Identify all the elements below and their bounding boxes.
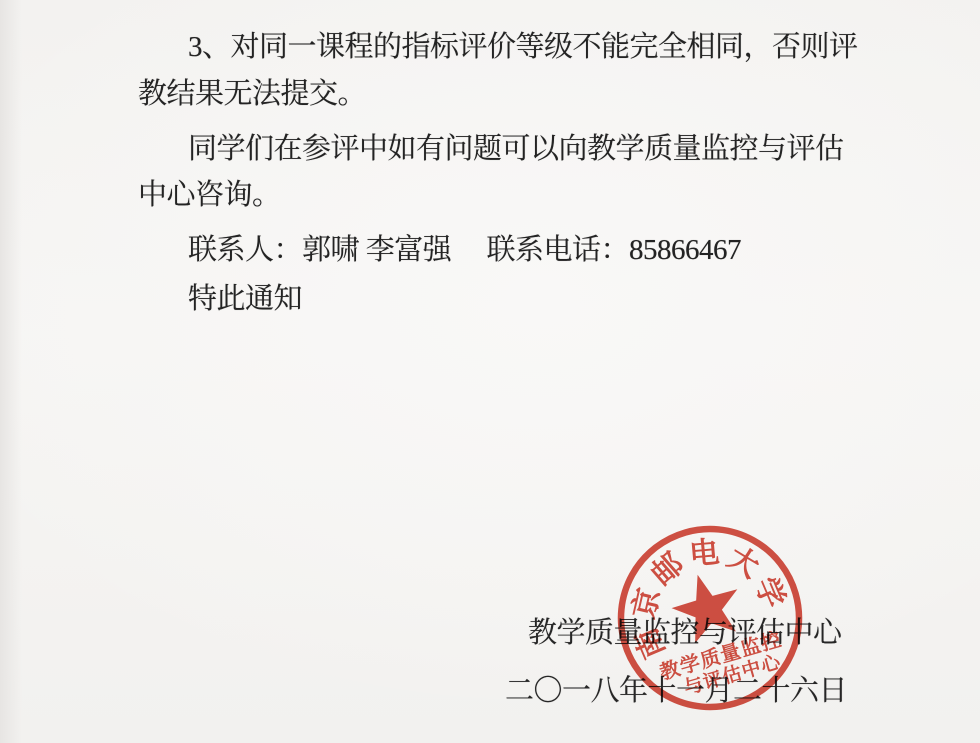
seal-arc-char: 京 xyxy=(627,585,667,622)
notice-line-help-end: 中心咨询。 xyxy=(138,181,281,210)
official-seal-graphic: 南 京 邮 电 大 学 教学质量监控 与评估中心 xyxy=(610,518,810,718)
seal-arc-char: 学 xyxy=(748,573,790,614)
seal-arc-char: 电 xyxy=(688,536,721,571)
notice-line-item3-start: 3、对同一课程的指标评价等级不能完全相同，否则评 xyxy=(188,33,858,62)
notice-document: 3、对同一课程的指标评价等级不能完全相同，否则评 教结果无法提交。 同学们在参评… xyxy=(0,0,980,743)
seal-arc-char: 南 xyxy=(630,623,672,664)
closing-line: 特此通知 xyxy=(188,285,302,314)
official-seal: 南 京 邮 电 大 学 教学质量监控 与评估中心 xyxy=(610,518,810,718)
scanned-notice-page: { "notice": { "para3_line1": "3、对同一课程的指标… xyxy=(0,0,980,743)
notice-line-item3-end: 教结果无法提交。 xyxy=(138,80,366,109)
seal-arc-char: 大 xyxy=(722,541,765,585)
contact-line: 联系人：郭啸 李富强 联系电话：85866467 xyxy=(188,236,741,265)
notice-line-help-start: 同学们在参评中如有问题可以向教学质量监控与评估 xyxy=(188,135,844,164)
